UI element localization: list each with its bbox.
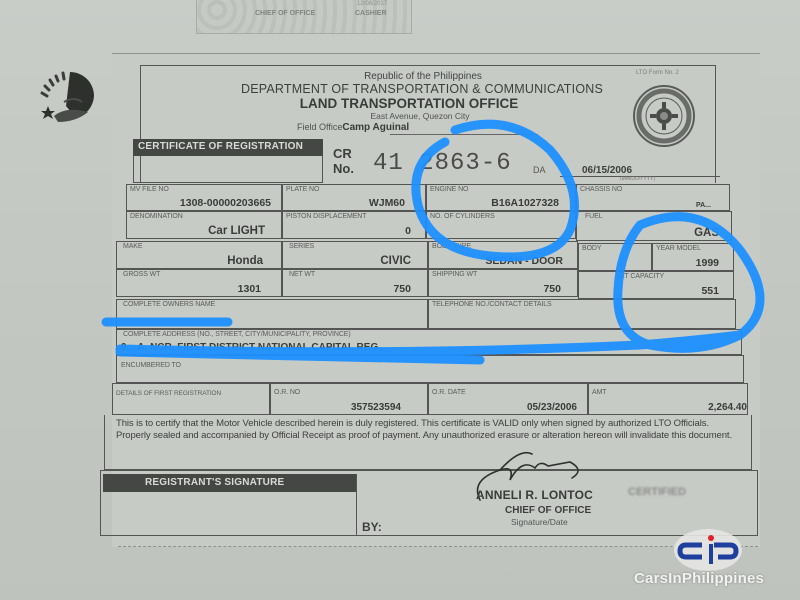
stamp-right-label: CASHIER bbox=[355, 10, 387, 17]
date-value: 06/15/2006 bbox=[582, 165, 632, 176]
encumbered-label: ENCUMBERED TO bbox=[121, 362, 181, 369]
signature-date-label: Signature/Date bbox=[511, 517, 568, 527]
cr-number: 41 2863-6 bbox=[373, 150, 512, 177]
or-date-value: 05/23/2006 bbox=[527, 402, 577, 413]
cr-label-line1: CR bbox=[333, 146, 354, 161]
engine-no-label: ENGINE NO bbox=[430, 186, 468, 193]
first-registration-cell: DETAILS OF FIRST REGISTRATION bbox=[112, 383, 270, 415]
cr-label-line2: No. bbox=[333, 161, 354, 176]
encumbered-cell: ENCUMBERED TO bbox=[116, 355, 744, 383]
chassis-no-value: PA... bbox=[696, 202, 711, 209]
net-capacity-cell: NET CAPACITY 551 bbox=[578, 271, 734, 299]
piston-displacement-label: PISTON DISPLACEMENT bbox=[286, 213, 366, 220]
shipping-wt-label: SHIPPING WT bbox=[432, 271, 477, 278]
or-no-value: 357523594 bbox=[351, 402, 401, 413]
cylinders-cell: NO. OF CYLINDERS bbox=[426, 211, 576, 239]
year-model-cell: YEAR MODEL 1999 bbox=[652, 243, 734, 271]
address-value: 9... A, NCR, FIRST DISTRICT NATIONAL CAP… bbox=[121, 342, 387, 353]
amount-value: 2,264.40 bbox=[708, 402, 747, 413]
by-label: BY: bbox=[362, 520, 382, 534]
gross-wt-value: 1301 bbox=[238, 283, 261, 295]
series-value: CIVIC bbox=[380, 255, 411, 267]
owner-name-label: COMPLETE OWNERS NAME bbox=[123, 301, 215, 308]
fuel-value: GAS bbox=[694, 227, 719, 239]
shipping-wt-cell: SHIPPING WT 750 bbox=[428, 269, 578, 297]
body-no-cell: BODY bbox=[578, 243, 652, 271]
series-label: SERIES bbox=[289, 243, 314, 250]
brand-watermark: CarsInPhilippines bbox=[634, 570, 764, 587]
header-republic: Republic of the Philippines bbox=[0, 71, 800, 82]
net-wt-value: 750 bbox=[393, 283, 411, 295]
certificate-title: CERTIFICATE OF REGISTRATION bbox=[133, 139, 323, 156]
or-date-cell: O.R. DATE 05/23/2006 bbox=[428, 383, 588, 415]
make-value: Honda bbox=[227, 255, 263, 267]
chassis-no-cell: CHASSIS NO PA... bbox=[576, 184, 730, 211]
piston-displacement-value: 0 bbox=[405, 225, 411, 237]
year-model-label: YEAR MODEL bbox=[656, 245, 701, 252]
engine-no-cell: ENGINE NO B16A1027328 bbox=[426, 184, 576, 211]
fuel-label: FUEL bbox=[585, 213, 603, 220]
amount-label: AMT bbox=[592, 389, 606, 396]
net-wt-cell: NET WT 750 bbox=[282, 269, 428, 297]
document-bottom-edge bbox=[118, 546, 758, 547]
header-address: East Avenue, Quezon City bbox=[0, 111, 800, 121]
net-capacity-label: NET CAPACITY bbox=[615, 273, 664, 280]
cylinders-label: NO. OF CYLINDERS bbox=[430, 213, 495, 220]
plate-no-value: WJM60 bbox=[369, 197, 405, 209]
stamp-left-label: CHIEF OF OFFICE bbox=[255, 10, 315, 17]
body-no-label: BODY bbox=[582, 245, 601, 252]
or-date-label: O.R. DATE bbox=[432, 389, 466, 396]
make-label: MAKE bbox=[123, 243, 142, 250]
stamp-date: 12/08/2017 bbox=[357, 1, 387, 7]
cr-label: CR No. bbox=[333, 146, 354, 176]
address-label: COMPLETE ADDRESS (No., Street, City/Muni… bbox=[123, 331, 351, 338]
cip-logo-icon bbox=[672, 528, 744, 572]
body-type-cell: BODY TYPE SEDAN - DOOR bbox=[428, 241, 578, 269]
chassis-no-label: CHASSIS NO bbox=[580, 186, 622, 193]
date-format-hint: (MM/DD/YYYY) bbox=[620, 176, 655, 182]
telephone-label: TELEPHONE NO./CONTACT DETAILS bbox=[432, 301, 552, 308]
registrant-signature-label: REGISTRANT'S SIGNATURE bbox=[103, 474, 356, 492]
header-department: DEPARTMENT OF TRANSPORTATION & COMMUNICA… bbox=[0, 82, 800, 96]
plate-no-cell: PLATE NO WJM60 bbox=[282, 184, 426, 211]
net-wt-label: NET WT bbox=[289, 271, 315, 278]
body-type-label: BODY TYPE bbox=[432, 243, 471, 250]
make-cell: MAKE Honda bbox=[116, 241, 282, 269]
header-office: LAND TRANSPORTATION OFFICE bbox=[0, 96, 800, 111]
field-office-label: Field Office bbox=[297, 122, 342, 132]
denomination-cell: DENOMINATION Car LIGHT bbox=[126, 211, 282, 239]
address-cell: COMPLETE ADDRESS (No., Street, City/Muni… bbox=[116, 329, 742, 355]
first-registration-label: DETAILS OF FIRST REGISTRATION bbox=[116, 390, 221, 397]
denomination-label: DENOMINATION bbox=[130, 213, 183, 220]
field-office-underline bbox=[390, 134, 538, 135]
signature-divider bbox=[356, 474, 357, 536]
year-model-value: 1999 bbox=[696, 257, 719, 269]
or-no-label: O.R. No bbox=[274, 389, 300, 396]
certification-text: This is to certify that the Motor Vehicl… bbox=[116, 418, 746, 442]
mv-file-no-label: MV FILE NO bbox=[130, 186, 169, 193]
field-office: Field OfficeCamp Aguinal bbox=[297, 122, 409, 133]
engine-no-value: B16A1027328 bbox=[491, 197, 559, 209]
fuel-cell: FUEL GAS bbox=[576, 211, 732, 241]
mv-file-no-cell: MV FILE NO 1308-00000203665 bbox=[126, 184, 282, 211]
piston-displacement-cell: PISTON DISPLACEMENT 0 bbox=[282, 211, 426, 239]
denomination-value: Car LIGHT bbox=[208, 225, 265, 237]
officer-title: CHIEF OF OFFICE bbox=[505, 505, 591, 516]
previous-page-stamp: 12/08/2017 CHIEF OF OFFICE CASHIER bbox=[196, 0, 412, 34]
gross-wt-label: GROSS WT bbox=[123, 271, 160, 278]
series-cell: SERIES CIVIC bbox=[282, 241, 428, 269]
body-type-value: SEDAN - DOOR bbox=[485, 255, 563, 267]
field-office-value: Camp Aguinal bbox=[342, 122, 409, 133]
gross-wt-cell: GROSS WT 1301 bbox=[116, 269, 282, 297]
telephone-cell: TELEPHONE NO./CONTACT DETAILS bbox=[428, 299, 736, 329]
net-capacity-value: 551 bbox=[701, 285, 719, 297]
owner-name-cell: COMPLETE OWNERS NAME bbox=[116, 299, 428, 329]
mv-file-no-value: 1308-00000203665 bbox=[180, 197, 271, 209]
officer-name: ANNELI R. LONTOC bbox=[476, 488, 593, 502]
plate-no-label: PLATE NO bbox=[286, 186, 319, 193]
shipping-wt-value: 750 bbox=[543, 283, 561, 295]
amount-cell: AMT 2,264.40 bbox=[588, 383, 748, 415]
date-label: DA bbox=[533, 165, 546, 175]
certified-stamp: CERTIFIED bbox=[628, 486, 686, 498]
or-no-cell: O.R. No 357523594 bbox=[270, 383, 428, 415]
